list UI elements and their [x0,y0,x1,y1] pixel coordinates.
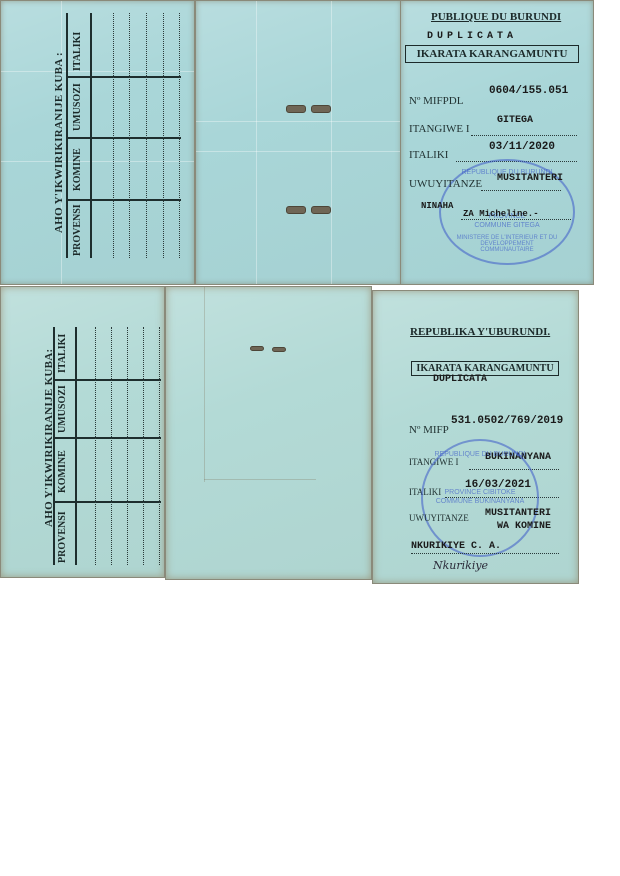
staple [286,206,306,214]
field-label-issuer: UWUYITANZE [409,178,482,190]
official-stamp: REPUBLIQUE DU BURUNDI PROVINCE CIBITOKE … [421,439,539,557]
issuer-name-value: NKURIKIYE C. A. [411,541,501,552]
column-komine: KOMINE [72,148,83,191]
field-label-date: ITALIKI [409,149,448,161]
field-label-issuer: UWUYITANZE [409,513,469,523]
field-label-number: Nº MIFPDL [409,95,463,107]
field-value-date: 03/11/2020 [489,141,555,153]
top-card-front-page: PUBLIQUE DU BURUNDI DUPLICATA IKARATA KA… [400,0,594,285]
staple [272,347,286,352]
column-italiki: ITALIKI [57,334,68,373]
column-italiki: ITALIKI [72,32,83,71]
top-card-inner-panel [195,0,402,285]
issuer-title-extra: WA KOMINE [497,521,551,532]
field-value-issued-at: GITEGA [497,115,533,126]
field-label-number: Nº MIFP [409,424,449,436]
field-label-issued-at: ITANGIWE I [409,123,470,135]
bottom-card-inner-panel [165,286,372,580]
field-value-number: 0604/155.051 [489,85,568,97]
column-provensi: PROVENSI [57,511,68,563]
staple [311,105,331,113]
field-value-issuer: MUSITANTERI [485,508,551,519]
issuer-name-value: ZA Micheline.- [463,209,539,219]
staple [250,346,264,351]
top-card-registration-panel: AHO Y'IKWIRIKIRANIJE KUBA : PROVENSI KOM… [0,0,195,285]
duplicate-mark: DUPLICATA [427,31,517,42]
field-value-issuer: MUSITANTERI [497,173,563,184]
column-provensi: PROVENSI [72,204,83,256]
field-value-number: 531.0502/769/2019 [451,415,563,427]
column-umusozi: UMUSOZI [57,385,68,433]
column-umusozi: UMUSOZI [72,83,83,131]
staple [286,105,306,113]
bottom-card-front-page: REPUBLIKA Y'UBURUNDI. IKARATA KARANGAMUN… [372,290,579,584]
issuer-name-label: NINAHA [421,201,453,211]
column-komine: KOMINE [57,450,68,493]
registration-title: AHO Y'IKWIRIKIRANIJE KUBA : [53,52,65,233]
bottom-card-registration-panel: AHO Y'IKWIRIKIRANIJE KUBA: PROVENSI KOMI… [0,286,165,578]
country-header: PUBLIQUE DU BURUNDI [431,11,561,23]
country-header: REPUBLIKA Y'UBURUNDI. [410,326,550,338]
signature: Nkurikiye [433,559,488,572]
card-title: IKARATA KARANGAMUNTU [405,45,579,63]
staple [311,206,331,214]
duplicate-mark: DUPLICATA [433,374,487,385]
